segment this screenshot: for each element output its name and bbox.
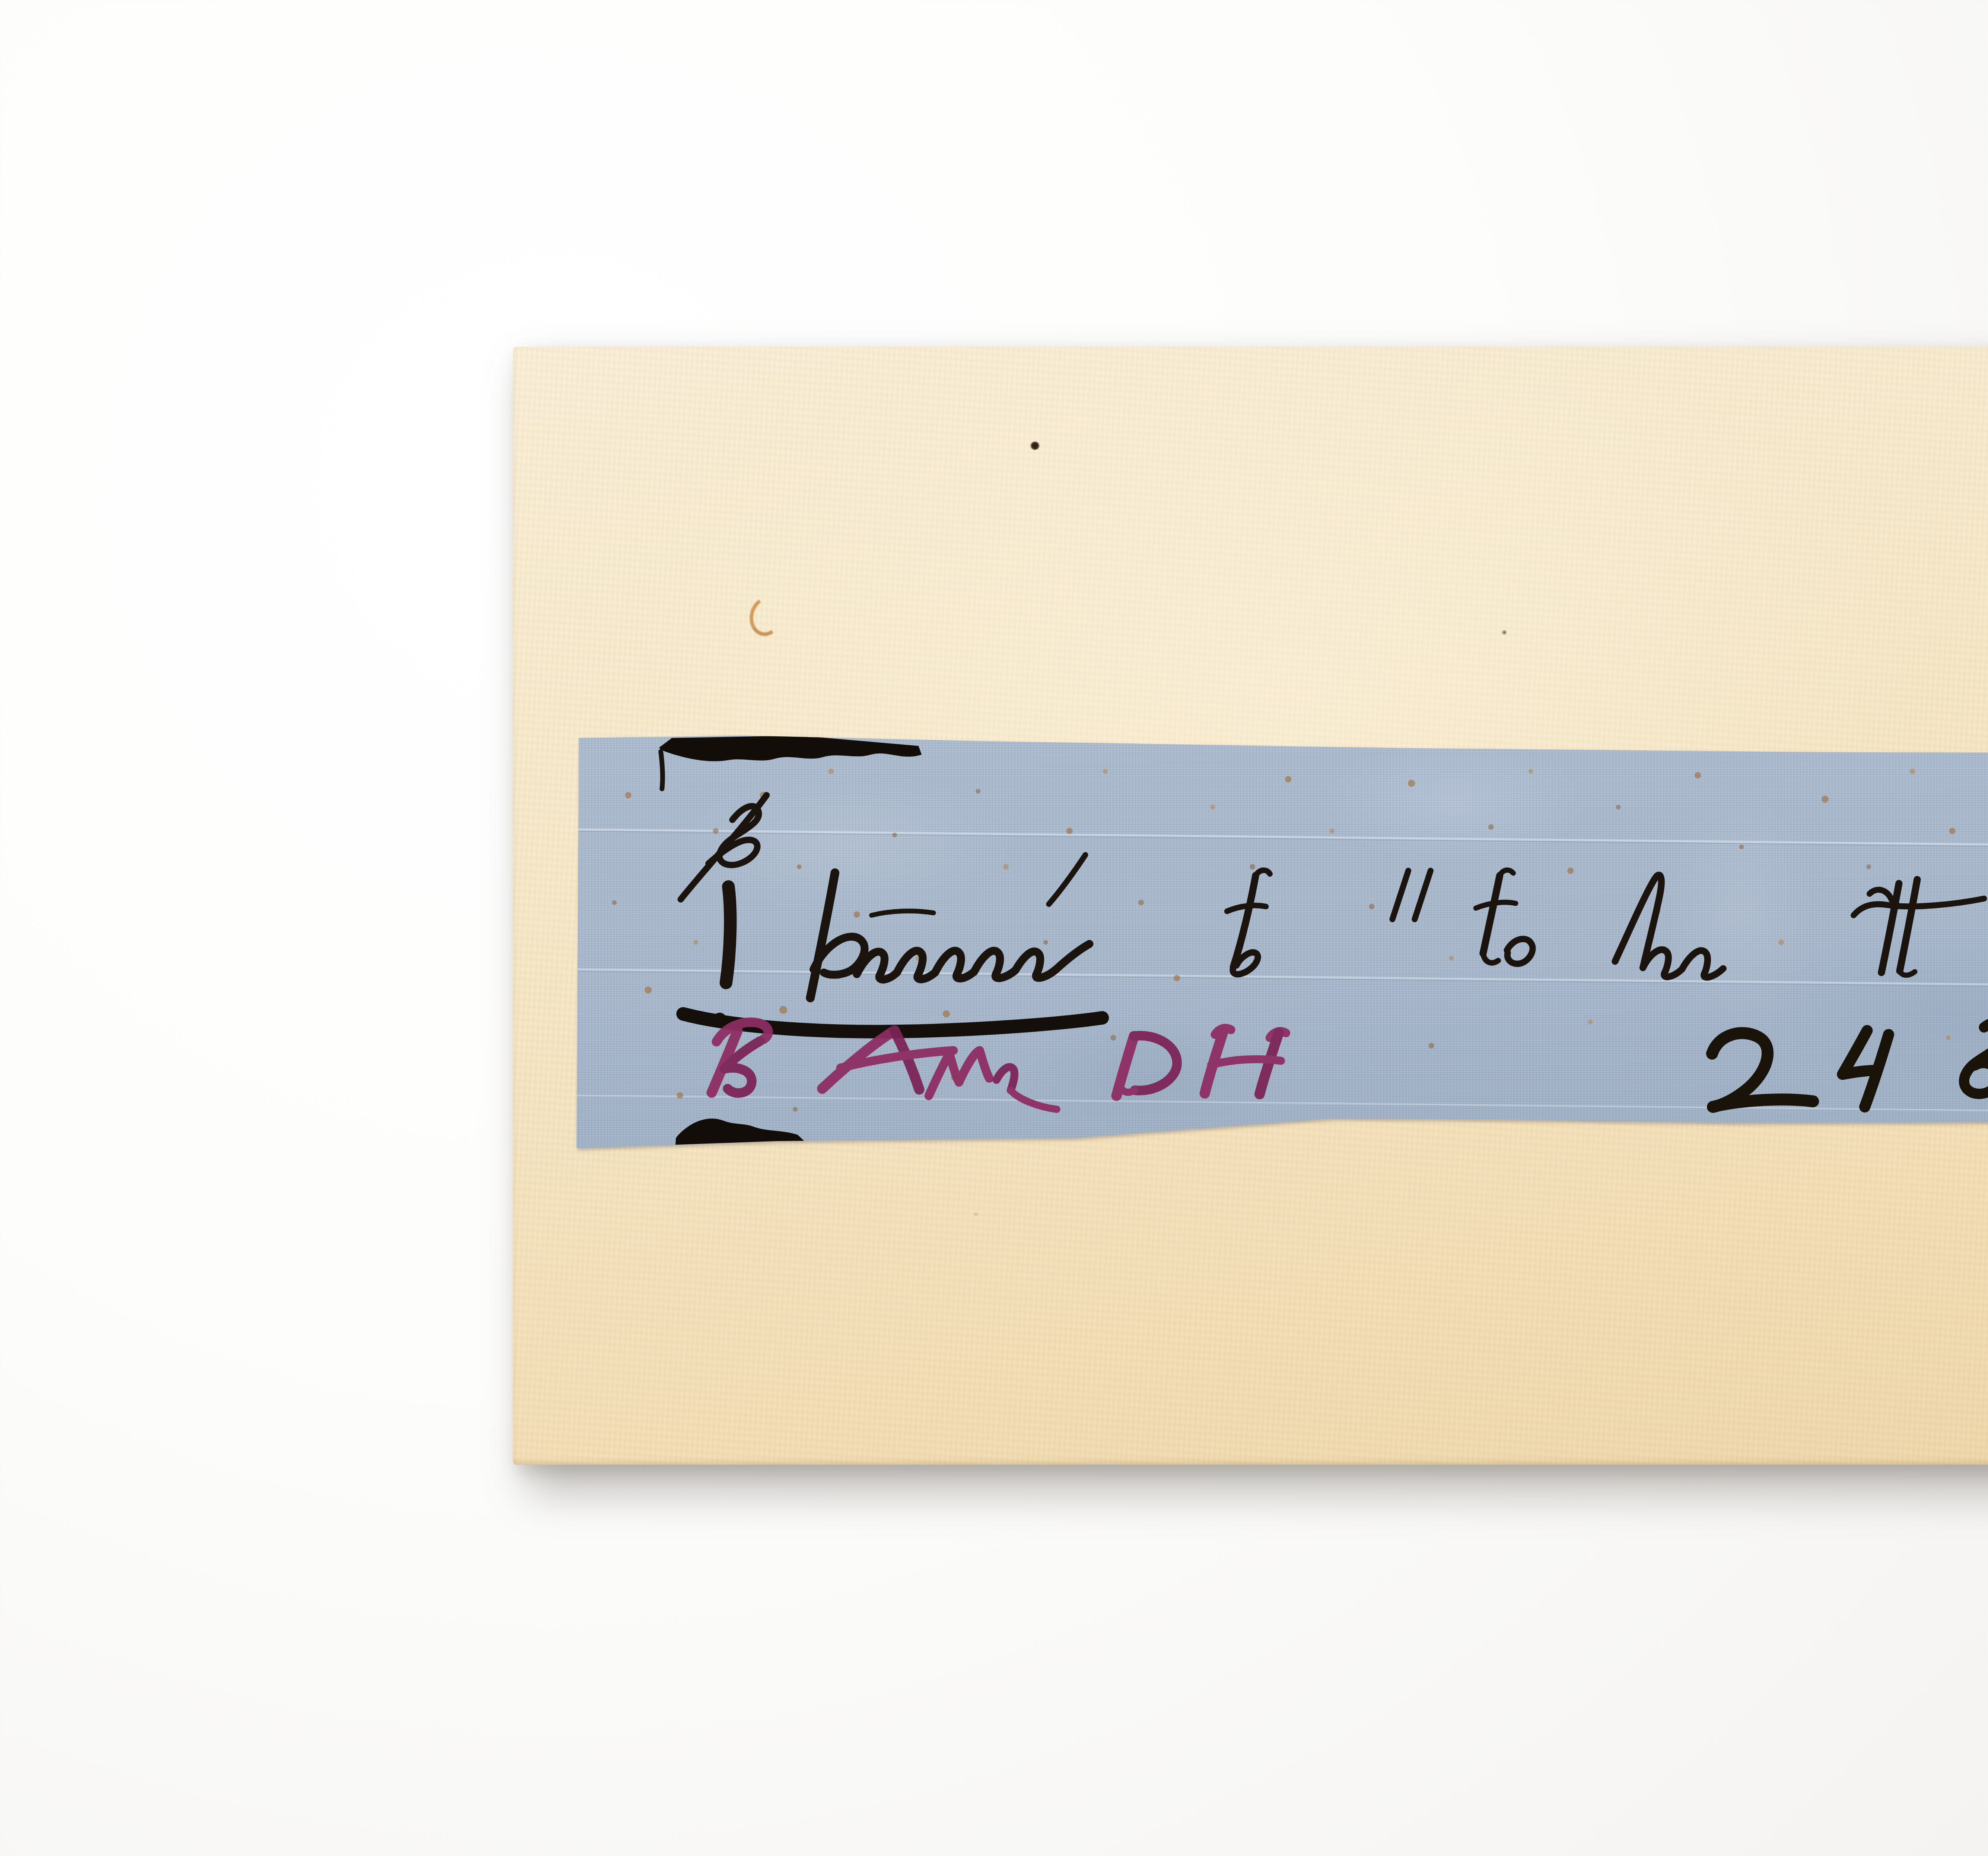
transcription-reference-number: 2482, 11. (0, 0, 0, 0)
transcription-headword: !pünün ts (0, 0, 0, 0)
gloss-handwriting (1392, 867, 1988, 977)
manuscript-slip-wrap (577, 736, 1988, 1153)
manuscript-slip (577, 736, 1988, 1153)
transcription-purple-annotation: KAMpDH (0, 0, 0, 0)
transcription-gloss: “to hunt” (0, 0, 0, 0)
small-speck (1501, 630, 1507, 635)
index-card (513, 347, 1988, 1465)
headword-handwriting (713, 855, 1270, 1026)
slip-artwork (577, 736, 1988, 1153)
transcription-scribble: ts (crossed out) (0, 0, 0, 0)
ruled-lines (577, 829, 1988, 1113)
ink-blob-bottom-left (675, 1118, 815, 1151)
small-speck (973, 1212, 978, 1217)
photograph: ts (crossed out) !pünün ts “to hunt” KAM… (0, 0, 1988, 1856)
ink-blob-top-left (659, 736, 922, 789)
ink-speck (1030, 441, 1040, 450)
rust-stain (745, 593, 787, 640)
